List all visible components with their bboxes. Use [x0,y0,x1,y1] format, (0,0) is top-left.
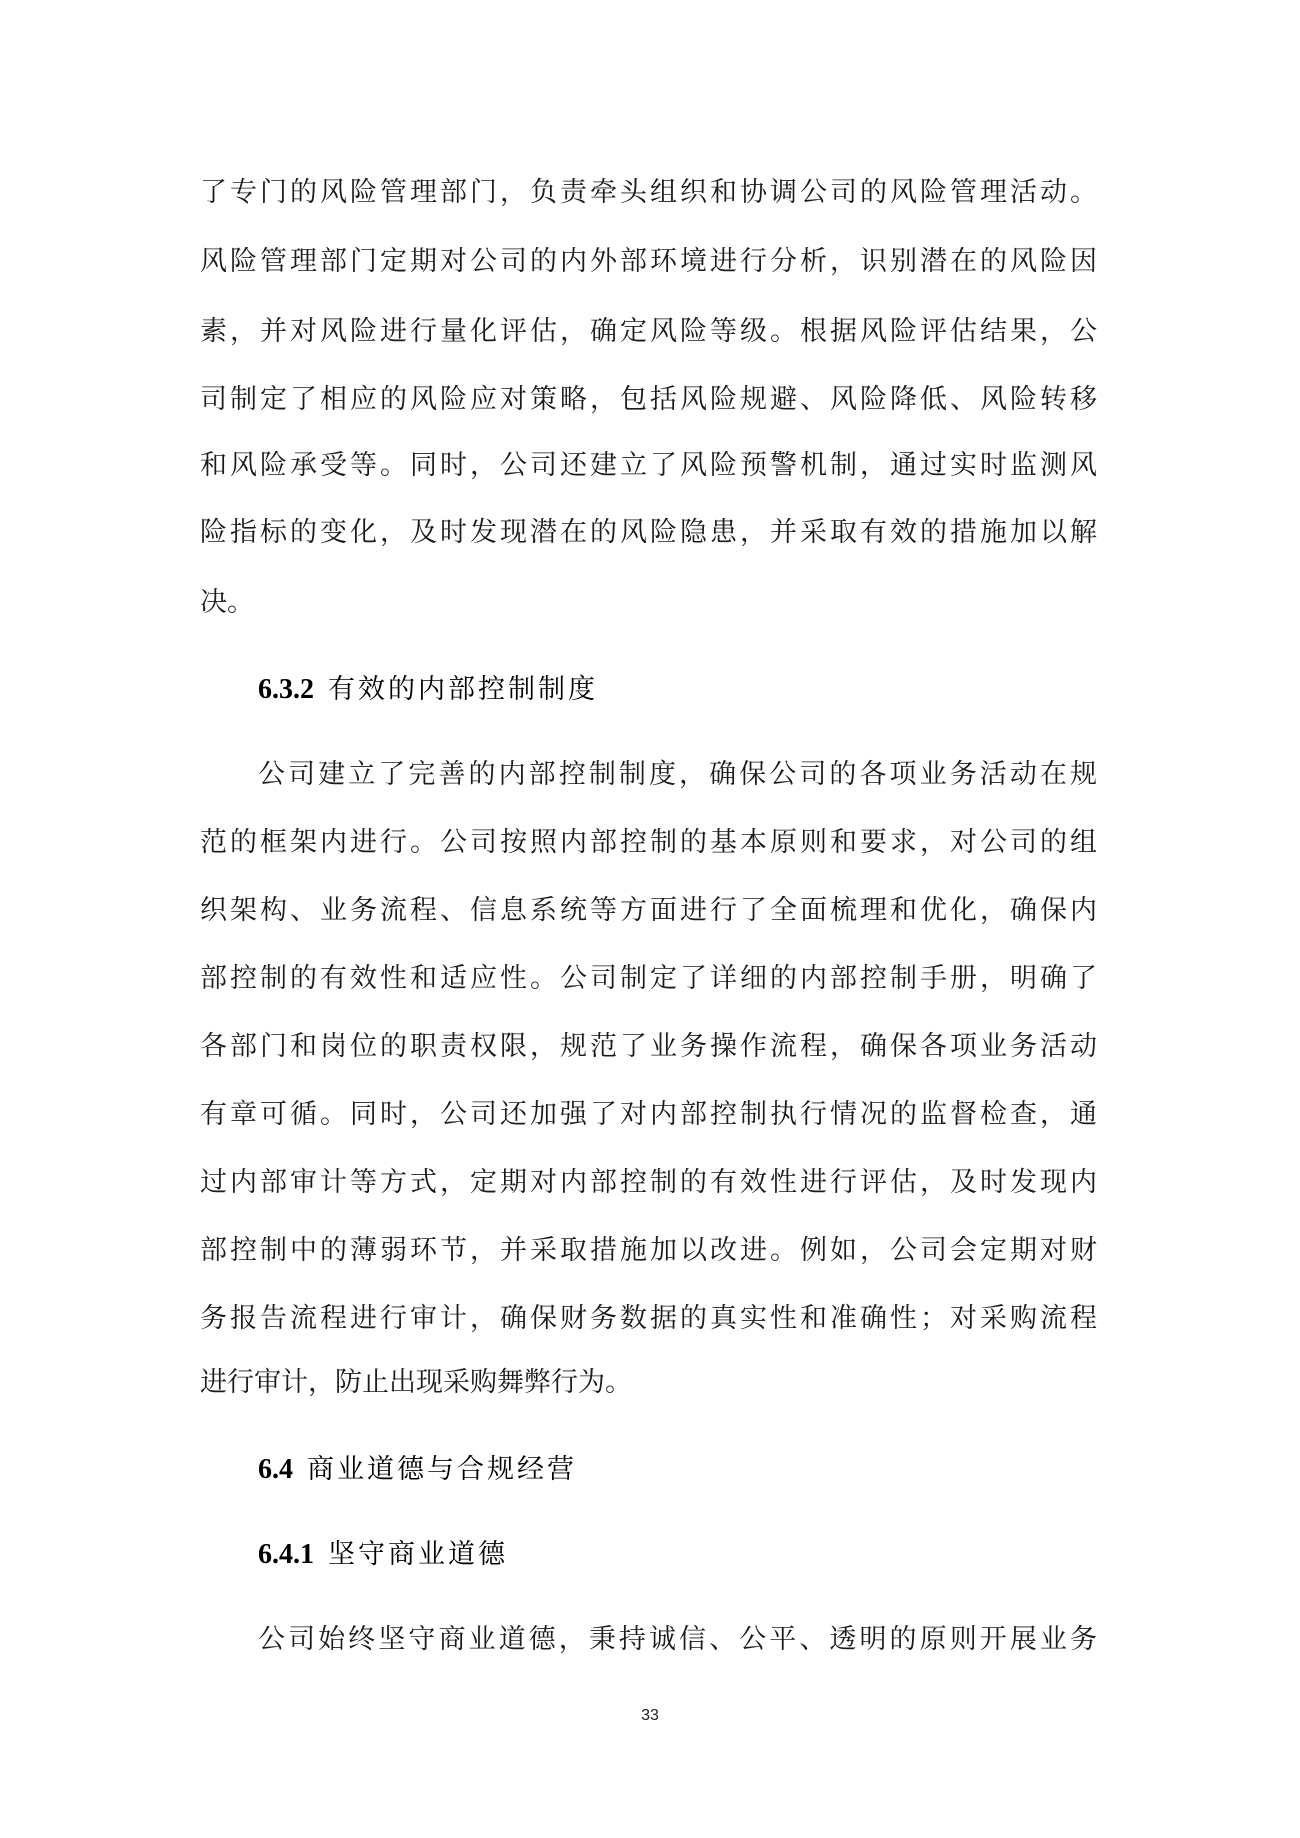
text-line: 公司建立了完善的内部控制制度，确保公司的各项业务活动在规 [258,755,1097,795]
text-line: 进行审计，防止出现采购舞弊行为。 [200,1363,1097,1403]
text-line: 各部门和岗位的职责权限，规范了业务操作流程，确保各项业务活动 [200,1027,1097,1067]
section-heading-6-4: 6.4商业道德与合规经营 [258,1450,577,1490]
text-line: 风险管理部门定期对公司的内外部环境进行分析，识别潜在的风险因 [200,242,1097,282]
text-line: 公司始终坚守商业道德，秉持诚信、公平、透明的原则开展业务 [258,1620,1097,1660]
text-line: 过内部审计等方式，定期对内部控制的有效性进行评估，及时发现内 [200,1163,1097,1203]
text-line: 织架构、业务流程、信息系统等方面进行了全面梳理和优化，确保内 [200,891,1097,931]
section-title: 有效的内部控制制度 [328,674,598,705]
section-title: 坚守商业道德 [328,1539,508,1570]
text-line: 部控制中的薄弱环节，并采取措施加以改进。例如，公司会定期对财 [200,1231,1097,1271]
document-page: 了专门的风险管理部门，负责牵头组织和协调公司的风险管理活动。 风险管理部门定期对… [0,0,1300,1838]
text-line: 范的框架内进行。公司按照内部控制的基本原则和要求，对公司的组 [200,823,1097,863]
text-line: 有章可循。同时，公司还加强了对内部控制执行情况的监督检查，通 [200,1095,1097,1135]
section-title: 商业道德与合规经营 [307,1454,577,1485]
text-line: 决。 [200,583,1097,623]
text-line: 和风险承受等。同时，公司还建立了风险预警机制，通过实时监测风 [200,446,1097,486]
section-heading-6-3-2: 6.3.2有效的内部控制制度 [258,670,598,710]
text-line: 了专门的风险管理部门，负责牵头组织和协调公司的风险管理活动。 [200,173,1097,213]
text-line: 司制定了相应的风险应对策略，包括风险规避、风险降低、风险转移 [200,380,1097,420]
text-line: 务报告流程进行审计，确保财务数据的真实性和准确性；对采购流程 [200,1299,1097,1339]
text-line: 险指标的变化，及时发现潜在的风险隐患，并采取有效的措施加以解 [200,513,1097,553]
page-number: 33 [0,1707,1300,1725]
text-line: 部控制的有效性和适应性。公司制定了详细的内部控制手册，明确了 [200,959,1097,999]
section-number: 6.4 [258,1454,293,1485]
section-heading-6-4-1: 6.4.1坚守商业道德 [258,1535,508,1575]
section-number: 6.4.1 [258,1539,314,1570]
section-number: 6.3.2 [258,674,314,705]
text-line: 素，并对风险进行量化评估，确定风险等级。根据风险评估结果，公 [200,312,1097,352]
